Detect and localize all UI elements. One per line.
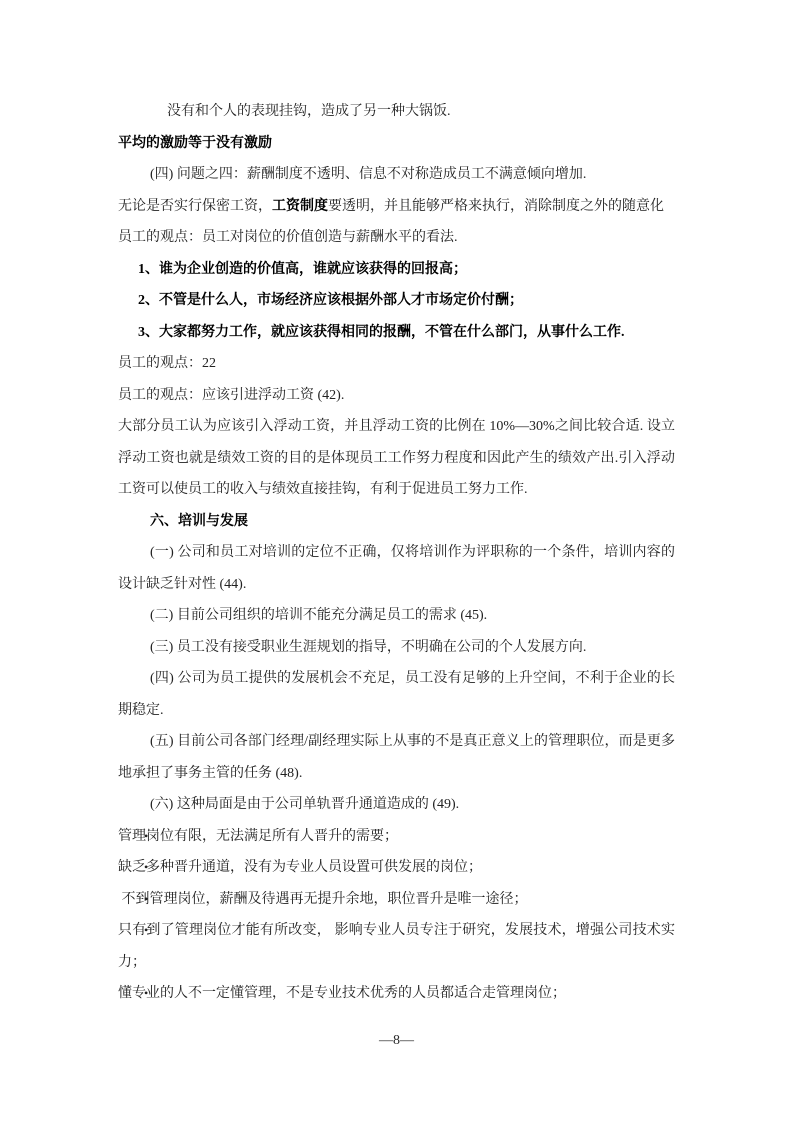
text-run: 不到管理岗位，薪酬及待遇再无提升余地，职位晋升是唯一途径； [118, 892, 528, 907]
paragraph-employee-view: 员工的观点：员工对岗位的价值创造与薪酬水平的看法. [118, 222, 675, 254]
text-run: (四) 问题之四：薪酬制度不透明、信息不对称造成员工不满意倾向增加. [150, 167, 586, 182]
bullet-icon: • [144, 821, 148, 853]
text-run: (三) 员工没有接受职业生涯规划的指导，不明确在公司的个人发展方向. [150, 640, 586, 655]
list-bullet-5: •懂专业的人不一定懂管理，不是专业技术优秀的人员都适合走管理岗位； [118, 978, 675, 1010]
bullet-icon: • [144, 978, 148, 1010]
text-run: 平均的激励等于没有激励 [118, 136, 272, 151]
text-run: 员工的观点：22 [118, 356, 216, 371]
text-run: (二) 目前公司组织的培训不能充分满足员工的需求 (45). [150, 608, 487, 623]
text-run: 大部分员工认为应该引入浮动工资，并且浮动工资的比例在 10%—30%之间比较合适… [118, 419, 675, 497]
text-run: 缺乏多种晋升通道，没有为专业人员设置可供发展的岗位； [118, 860, 482, 875]
text-run: (四) 公司为员工提供的发展机会不充足，员工没有足够的上升空间，不利于企业的长期… [118, 671, 675, 718]
list-bullet-2: •缺乏多种晋升通道，没有为专业人员设置可供发展的岗位； [118, 852, 675, 884]
paragraph-item-3: (三) 员工没有接受职业生涯规划的指导，不明确在公司的个人发展方向. [118, 632, 675, 664]
document-page: 没有和个人的表现挂钩，造成了另一种大锅饭.平均的激励等于没有激励(四) 问题之四… [0, 0, 793, 1122]
text-run: (五) 目前公司各部门经理/副经理实际上从事的不是真正意义上的管理职位，而是更多… [118, 734, 675, 781]
paragraph-item-4: (四) 公司为员工提供的发展机会不充足，员工没有足够的上升空间，不利于企业的长期… [118, 663, 675, 726]
paragraph-floating-wage: 大部分员工认为应该引入浮动工资，并且浮动工资的比例在 10%—30%之间比较合适… [118, 411, 675, 506]
paragraph-employee-view-42: 员工的观点：应该引进浮动工资 (42). [118, 380, 675, 412]
page-number: —8— [379, 1033, 414, 1048]
document-body: 没有和个人的表现挂钩，造成了另一种大锅饭.平均的激励等于没有激励(四) 问题之四… [118, 96, 675, 1010]
page-footer: —8— [0, 1033, 793, 1049]
text-run: 3、大家都努力工作，就应该获得相同的报酬，不管在什么部门，从事什么工作. [138, 325, 625, 340]
list-bullet-3: • 不到管理岗位，薪酬及待遇再无提升余地，职位晋升是唯一途径； [118, 884, 675, 916]
paragraph-item-6: (六) 这种局面是由于公司单轨晋升通道造成的 (49). [118, 789, 675, 821]
paragraph-problem-4: (四) 问题之四：薪酬制度不透明、信息不对称造成员工不满意倾向增加. [118, 159, 675, 191]
paragraph-continuation: 没有和个人的表现挂钩，造成了另一种大锅饭. [118, 96, 675, 128]
list-numbered-2: 2、不管是什么人，市场经济应该根据外部人才市场定价付酬； [118, 285, 675, 317]
list-bullet-4: •只有到了管理岗位才能有所改变， 影响专业人员专注于研究，发展技术，增强公司技术… [118, 915, 675, 978]
list-numbered-3: 3、大家都努力工作，就应该获得相同的报酬，不管在什么部门，从事什么工作. [118, 317, 675, 349]
paragraph-salary-system: 无论是否实行保密工资，工资制度要透明，并且能够严格来执行，消除制度之外的随意化 [118, 191, 675, 223]
text-run: 2、不管是什么人，市场经济应该根据外部人才市场定价付酬； [138, 293, 523, 308]
text-run: 没有和个人的表现挂钩，造成了另一种大锅饭. [167, 104, 451, 119]
bullet-icon: • [144, 852, 148, 884]
text-run: 无论是否实行保密工资， [118, 199, 272, 214]
text-run: (一) 公司和员工对培训的定位不正确，仅将培训作为评职称的一个条件，培训内容的设… [118, 545, 675, 592]
text-run: 1、谁为企业创造的价值高，谁就应该获得的回报高； [138, 262, 467, 277]
bullet-icon: • [144, 884, 148, 916]
paragraph-item-1: (一) 公司和员工对培训的定位不正确，仅将培训作为评职称的一个条件，培训内容的设… [118, 537, 675, 600]
paragraph-item-2: (二) 目前公司组织的培训不能充分满足员工的需求 (45). [118, 600, 675, 632]
heading-bold: 平均的激励等于没有激励 [118, 128, 675, 160]
text-run: 员工的观点：员工对岗位的价值创造与薪酬水平的看法. [118, 230, 458, 245]
text-run: 懂专业的人不一定懂管理，不是专业技术优秀的人员都适合走管理岗位； [118, 986, 566, 1001]
paragraph-employee-view-22: 员工的观点：22 [118, 348, 675, 380]
text-run: 员工的观点：应该引进浮动工资 (42). [118, 388, 344, 403]
list-numbered-1: 1、谁为企业创造的价值高，谁就应该获得的回报高； [118, 254, 675, 286]
paragraph-item-5: (五) 目前公司各部门经理/副经理实际上从事的不是真正意义上的管理职位，而是更多… [118, 726, 675, 789]
text-run: 要透明，并且能够严格来执行，消除制度之外的随意化 [328, 199, 664, 214]
text-run: 管理岗位有限，无法满足所有人晋升的需要； [118, 829, 398, 844]
text-run: 六、培训与发展 [150, 514, 248, 529]
bold-text-run: 工资制度 [272, 199, 328, 214]
section-heading-6: 六、培训与发展 [118, 506, 675, 538]
bullet-icon: • [144, 915, 148, 947]
list-bullet-1: •管理岗位有限，无法满足所有人晋升的需要； [118, 821, 675, 853]
text-run: (六) 这种局面是由于公司单轨晋升通道造成的 (49). [150, 797, 459, 812]
text-run: 只有到了管理岗位才能有所改变， 影响专业人员专注于研究，发展技术，增强公司技术实… [118, 923, 675, 970]
